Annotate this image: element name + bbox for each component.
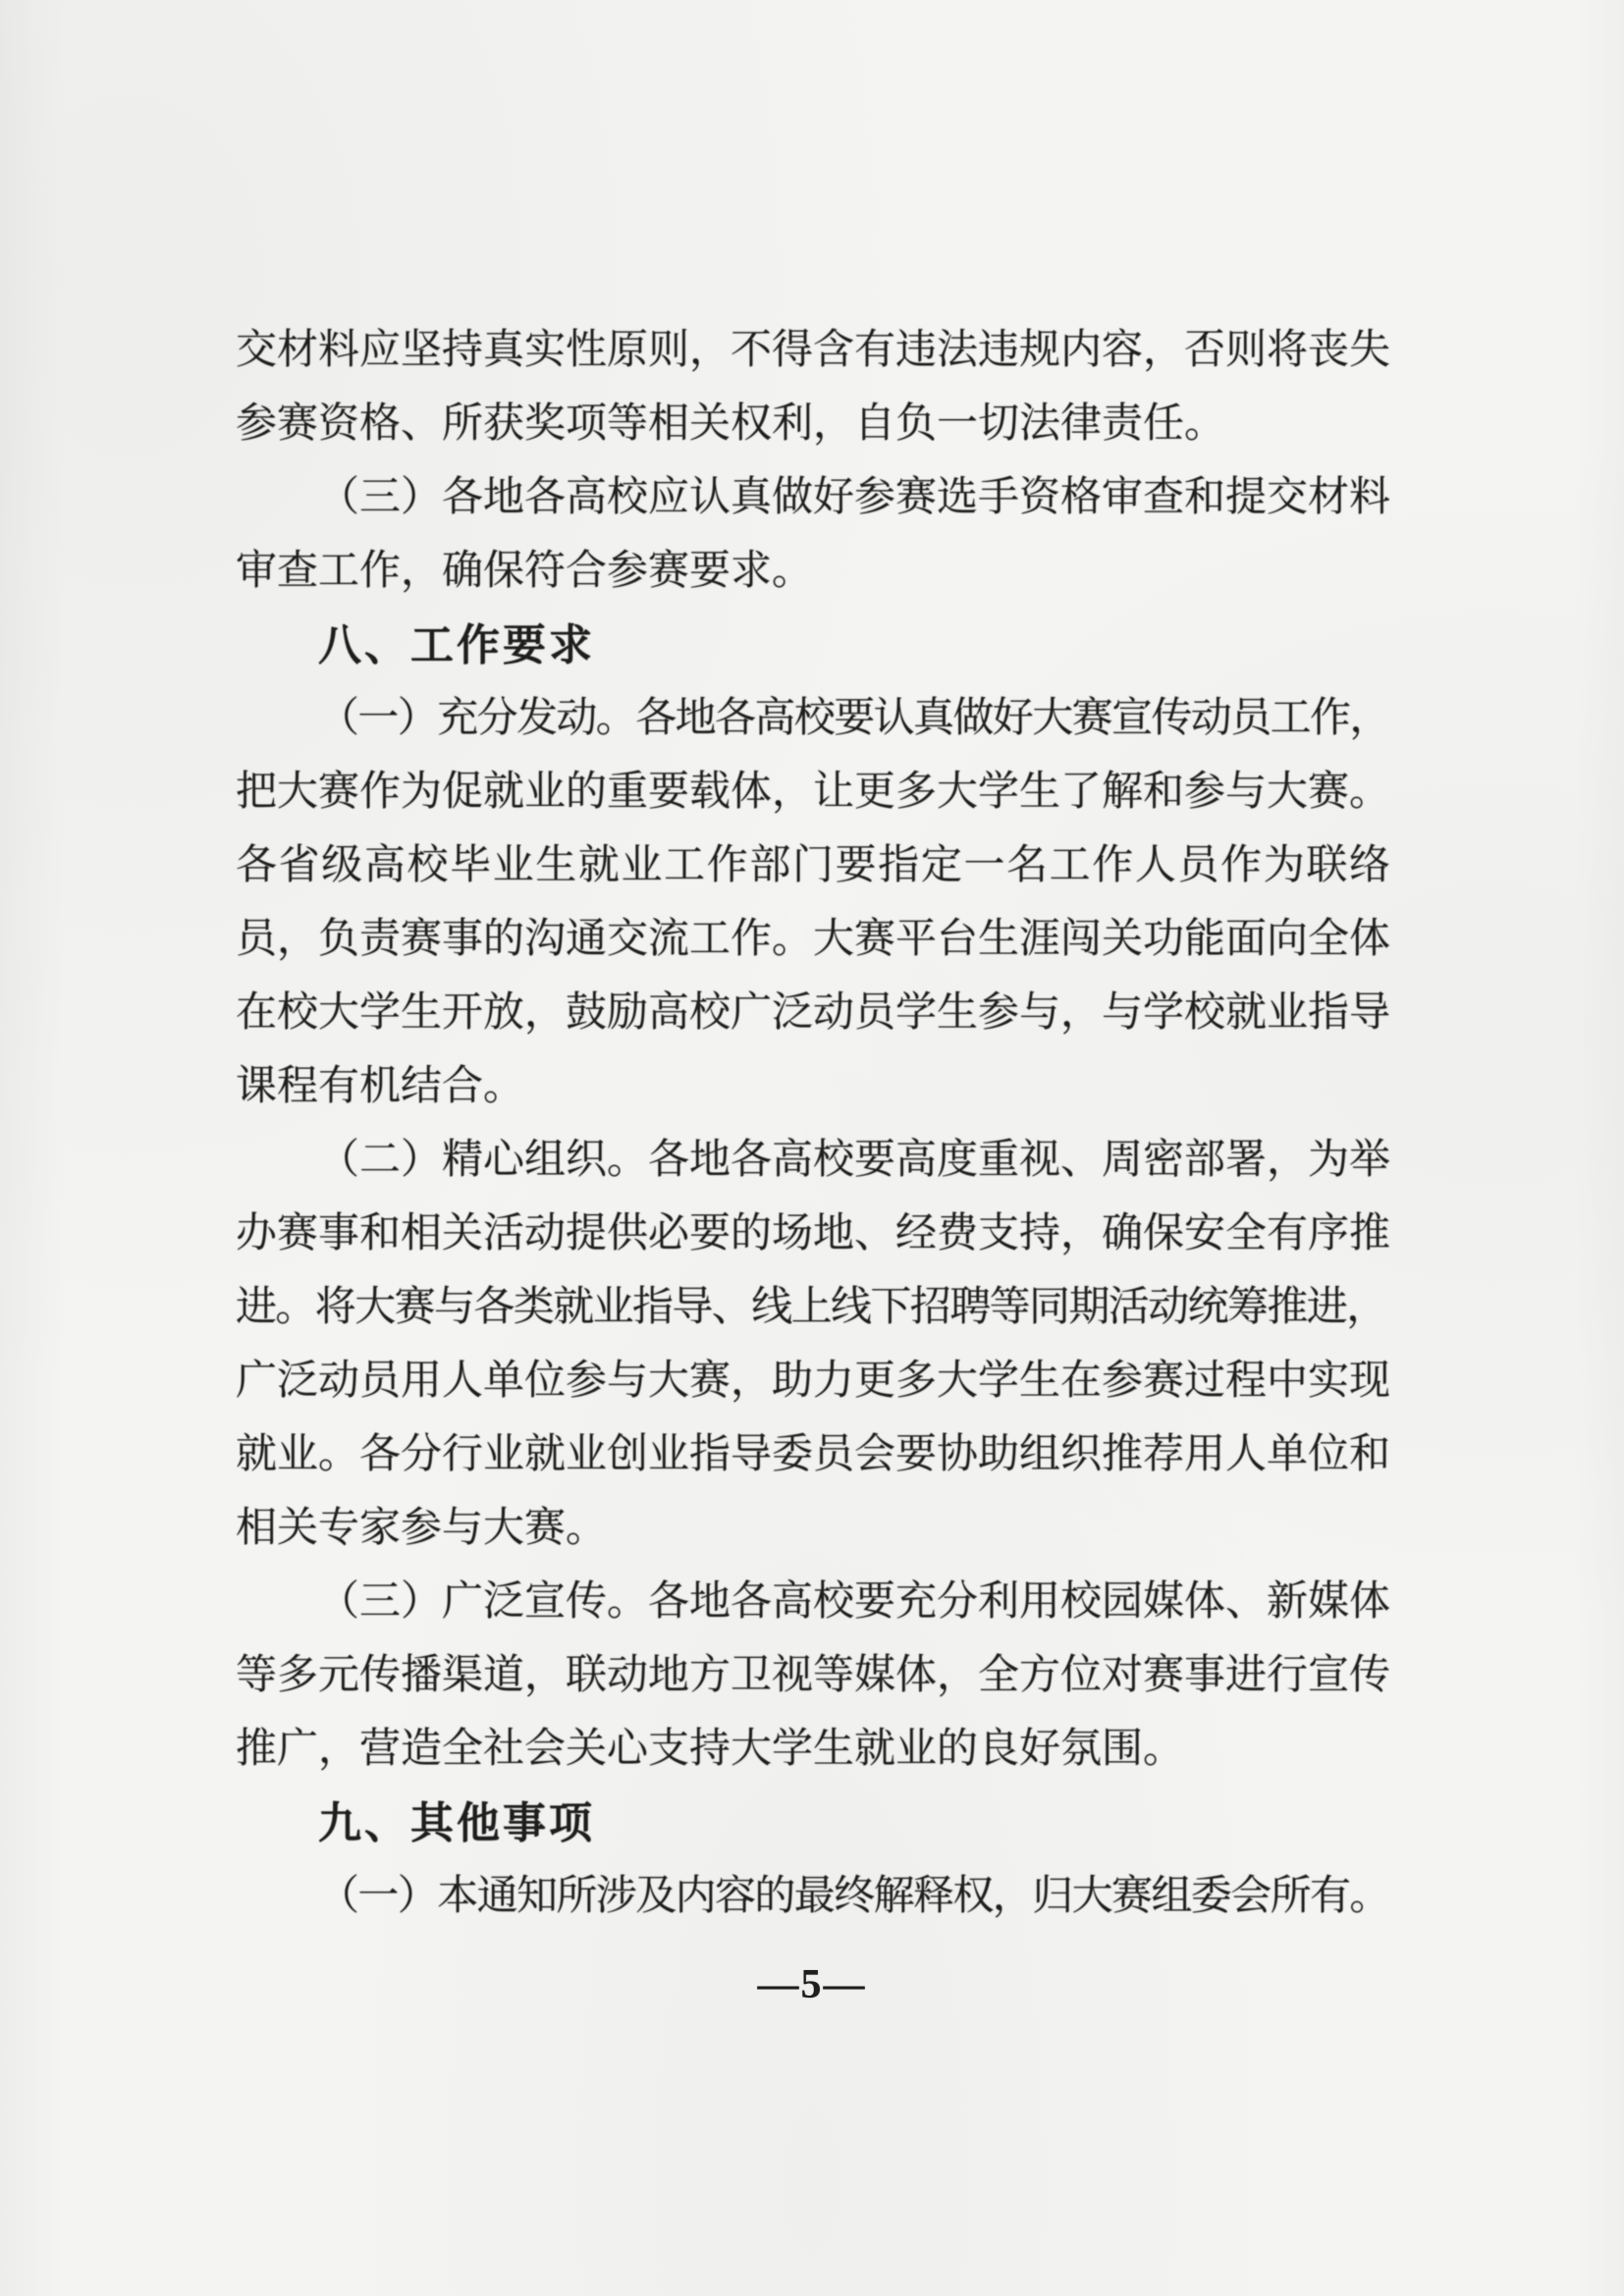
text-line: 进。将大赛与各类就业指导、线上线下招聘等同期活动统筹推进，	[236, 1271, 1390, 1345]
text-line: 交材料应坚持真实性原则，不得含有违法违规内容，否则将丧失	[236, 314, 1390, 388]
page-number: —5—	[0, 1955, 1624, 2014]
section-heading: 八、工作要求	[236, 609, 1390, 682]
text-line: 把大赛作为促就业的重要载体，让更多大学生了解和参与大赛。	[236, 756, 1390, 829]
section-heading: 九、其他事项	[236, 1787, 1390, 1860]
text-line: 就业。各分行业就业创业指导委员会要协助组织推荐用人单位和	[236, 1418, 1390, 1492]
text-line: 推广，营造全社会关心支持大学生就业的良好氛围。	[236, 1713, 1390, 1787]
text-line: 参赛资格、所获奖项等相关权利，自负一切法律责任。	[236, 388, 1390, 461]
text-line: 员，负责赛事的沟通交流工作。大赛平台生涯闯关功能面向全体	[236, 903, 1390, 977]
text-line: 在校大学生开放，鼓励高校广泛动员学生参与，与学校就业指导	[236, 977, 1390, 1050]
text-line: （一）本通知所涉及内容的最终解释权，归大赛组委会所有。	[236, 1860, 1390, 1934]
text-line: （三）广泛宣传。各地各高校要充分利用校园媒体、新媒体	[236, 1566, 1390, 1639]
text-line: 审查工作，确保符合参赛要求。	[236, 535, 1390, 609]
text-line: 各省级高校毕业生就业工作部门要指定一名工作人员作为联络	[236, 829, 1390, 903]
text-line: （一）充分发动。各地各高校要认真做好大赛宣传动员工作，	[236, 682, 1390, 756]
text-line: 相关专家参与大赛。	[236, 1492, 1390, 1566]
text-line: 等多元传播渠道，联动地方卫视等媒体，全方位对赛事进行宣传	[236, 1639, 1390, 1713]
text-line: （三）各地各高校应认真做好参赛选手资格审查和提交材料	[236, 461, 1390, 535]
text-line: 办赛事和相关活动提供必要的场地、经费支持，确保安全有序推	[236, 1198, 1390, 1271]
document-text-block: 交材料应坚持真实性原则，不得含有违法违规内容，否则将丧失 参赛资格、所获奖项等相…	[236, 314, 1390, 1934]
text-line: （二）精心组织。各地各高校要高度重视、周密部署，为举	[236, 1124, 1390, 1198]
text-line: 广泛动员用人单位参与大赛，助力更多大学生在参赛过程中实现	[236, 1345, 1390, 1418]
text-line: 课程有机结合。	[236, 1050, 1390, 1124]
document-page: 交材料应坚持真实性原则，不得含有违法违规内容，否则将丧失 参赛资格、所获奖项等相…	[0, 0, 1624, 2296]
